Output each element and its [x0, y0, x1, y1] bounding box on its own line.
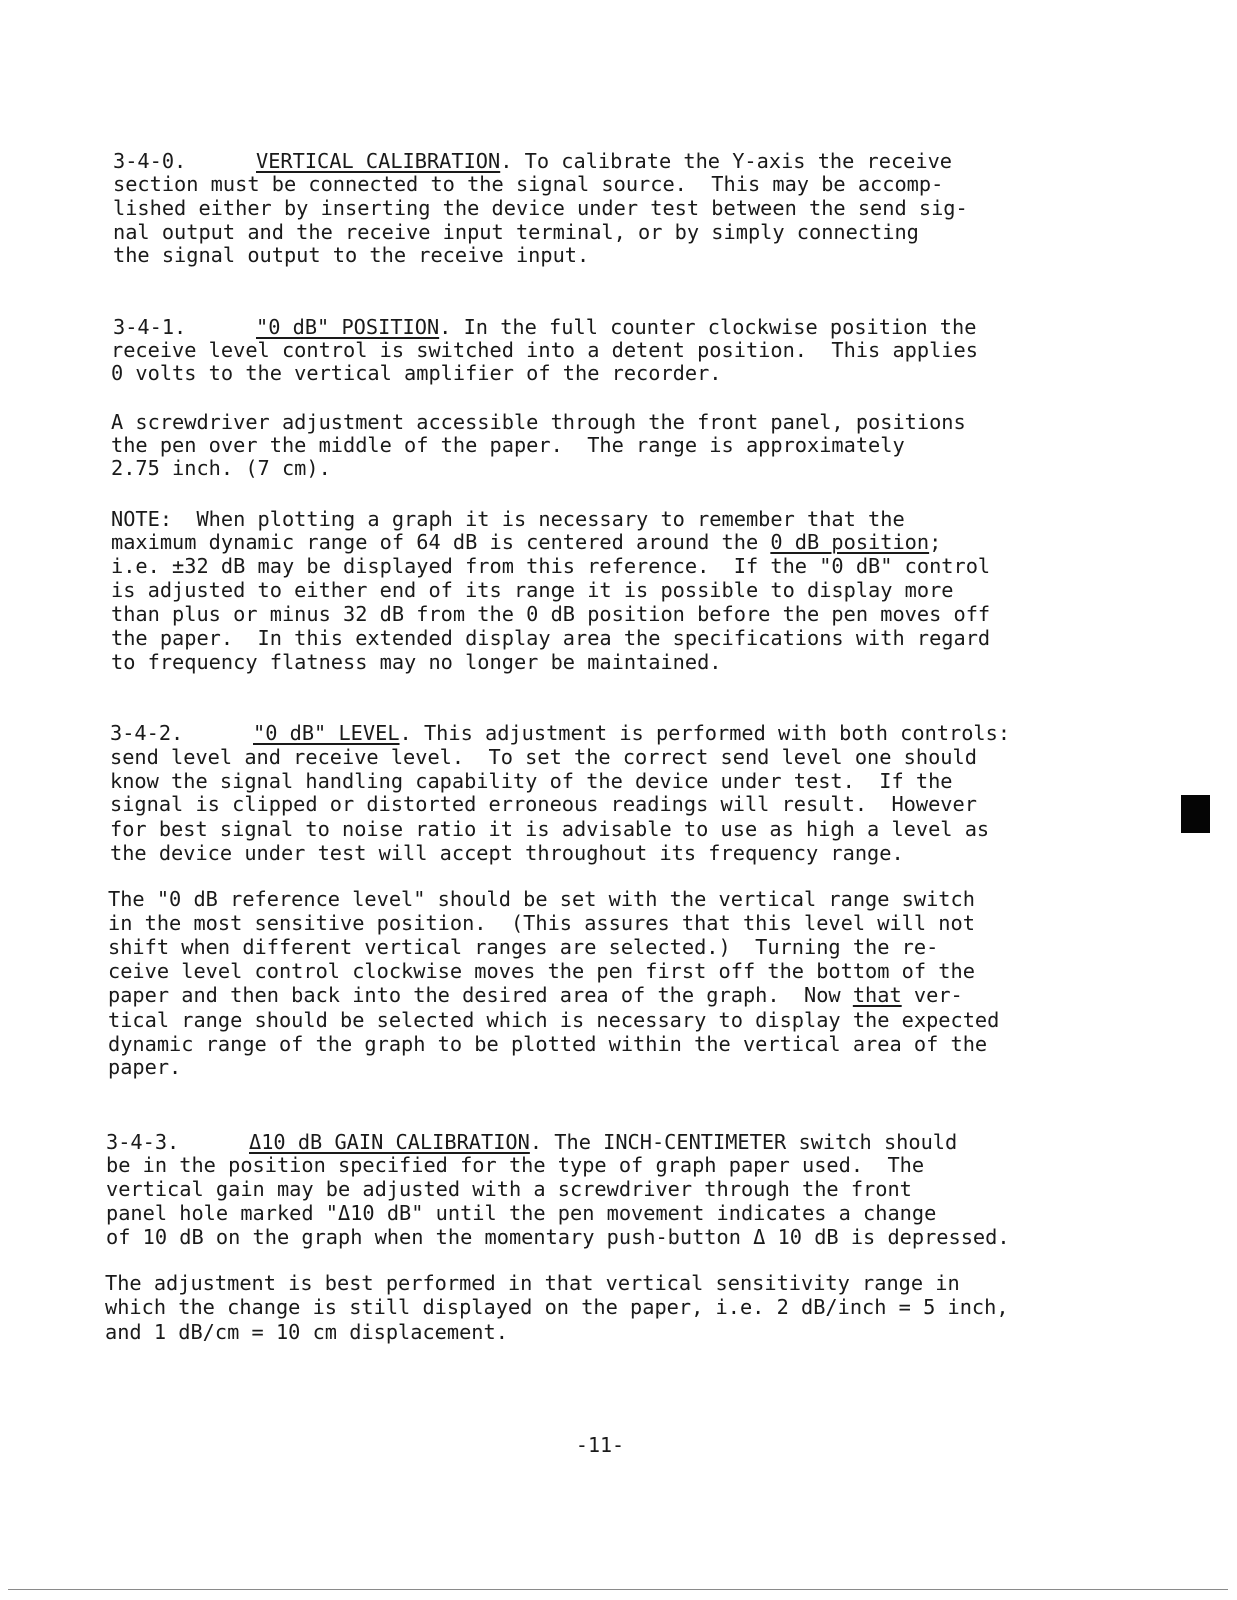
body-line: tical range should be selected which is … — [108, 1008, 999, 1032]
body-line: send level and receive level. To set the… — [110, 745, 977, 769]
body-text: The INCH-CENTIMETER switch should — [542, 1130, 957, 1154]
body-line: 2.75 inch. (7 cm). — [111, 456, 331, 480]
change-bar-marker — [1181, 795, 1210, 833]
section-number: 3-4-1. — [113, 315, 256, 339]
section-3-4-2-first-line: 3-4-2."0 dB" LEVEL. This adjustment is p… — [110, 721, 1010, 745]
body-line: be in the position specified for the typ… — [106, 1153, 924, 1177]
body-line: the signal output to the receive input. — [113, 243, 589, 267]
body-line: receive level control is switched into a… — [111, 338, 978, 362]
body-line: for best signal to noise ratio it is adv… — [110, 817, 989, 841]
page-number: -11- — [0, 1433, 1200, 1457]
note-line: to frequency flatness may no longer be m… — [111, 650, 722, 674]
body-line: The "0 dB reference level" should be set… — [108, 887, 975, 911]
body-line: which the change is still displayed on t… — [105, 1295, 1009, 1319]
body-line: 0 volts to the vertical amplifier of the… — [111, 361, 722, 385]
body-line: vertical gain may be adjusted with a scr… — [106, 1177, 912, 1201]
section-3-4-1-first-line: 3-4-1."0 dB" POSITION. In the full count… — [113, 315, 976, 339]
note-line: the paper. In this extended display area… — [111, 626, 990, 650]
document-page: 3-4-0.VERTICAL CALIBRATION. To calibrate… — [0, 0, 1237, 1600]
section-heading: VERTICAL CALIBRATION — [256, 149, 500, 173]
body-line: paper and then back into the desired are… — [108, 983, 963, 1007]
note-line: i.e. ±32 dB may be displayed from this r… — [111, 554, 990, 578]
section-3-4-3-first-line: 3-4-3.Δ10 dB GAIN CALIBRATION. The INCH-… — [106, 1130, 957, 1154]
body-line: dynamic range of the graph to be plotted… — [108, 1032, 987, 1056]
note-line: is adjusted to either end of its range i… — [111, 578, 954, 602]
body-line: the pen over the middle of the paper. Th… — [111, 433, 905, 457]
body-text: To calibrate the Y-axis the receive — [512, 149, 952, 173]
body-line: in the most sensitive position. (This as… — [108, 911, 975, 935]
body-line: signal is clipped or distorted erroneous… — [110, 792, 977, 816]
body-line: of 10 dB on the graph when the momentary… — [106, 1225, 1010, 1249]
body-line: A screwdriver adjustment accessible thro… — [111, 410, 966, 434]
body-line: panel hole marked "Δ10 dB" until the pen… — [106, 1201, 936, 1225]
body-line: and 1 dB/cm = 10 cm displacement. — [105, 1320, 508, 1344]
page-bottom-edge — [8, 1589, 1228, 1590]
note-line: than plus or minus 32 dB from the 0 dB p… — [111, 602, 990, 626]
body-line: paper. — [108, 1055, 181, 1079]
body-line: The adjustment is best performed in that… — [105, 1271, 960, 1295]
underlined-text: that — [853, 983, 902, 1007]
section-3-4-0-first-line: 3-4-0.VERTICAL CALIBRATION. To calibrate… — [113, 149, 952, 173]
body-line: the device under test will accept throug… — [110, 841, 904, 865]
section-heading: "0 dB" LEVEL — [253, 721, 400, 745]
note-line: NOTE: When plotting a graph it is necess… — [111, 507, 905, 531]
body-line: section must be connected to the signal … — [113, 172, 943, 196]
body-text: In the full counter clockwise position t… — [451, 315, 976, 339]
section-number: 3-4-3. — [106, 1130, 249, 1154]
section-number: 3-4-0. — [113, 149, 256, 173]
body-line: nal output and the receive input termina… — [113, 220, 919, 244]
body-line: lished either by inserting the device un… — [113, 196, 968, 220]
body-text: This adjustment is performed with both c… — [412, 721, 1010, 745]
section-heading: "0 dB" POSITION — [256, 315, 439, 339]
note-line: maximum dynamic range of 64 dB is center… — [111, 530, 941, 554]
section-number: 3-4-2. — [110, 721, 253, 745]
underlined-text: 0 dB position — [770, 530, 929, 554]
body-line: shift when different vertical ranges are… — [108, 935, 938, 959]
body-line: ceive level control clockwise moves the … — [108, 959, 975, 983]
body-line: know the signal handling capability of t… — [110, 769, 953, 793]
section-heading: Δ10 dB GAIN CALIBRATION — [249, 1130, 530, 1154]
